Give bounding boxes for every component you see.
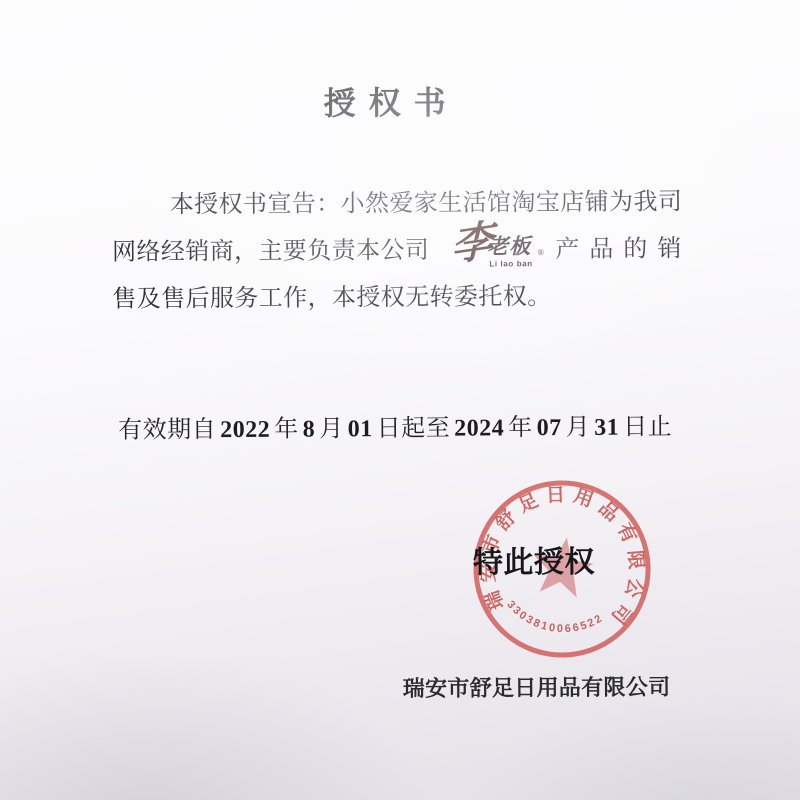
validity-middle: 日起至	[377, 416, 451, 442]
body-line-2-text: 网络经销商，主要负责本公司	[112, 238, 429, 266]
seal-serial-holder: 3303810066522	[501, 598, 607, 642]
body-line-2-tail: 产品的销	[555, 236, 691, 263]
body-line-3: 售及售后服务工作，本授权无转委托权。	[112, 273, 712, 324]
month-unit: 月	[319, 416, 344, 442]
month-unit: 月	[566, 415, 591, 441]
body-line-2: 网络经销商，主要负责本公司李老板®Li lao ban产品的销	[112, 226, 712, 277]
end-year: 2024	[450, 415, 508, 441]
document-title: 授权书	[0, 79, 784, 128]
body-paragraph: 本授权书宣告：小然爱家生活馆淘宝店铺为我司 网络经销商，主要负责本公司李老板®L…	[112, 179, 713, 324]
brand-logo: 李老板®Li lao ban	[451, 229, 553, 272]
body-line-1: 本授权书宣告：小然爱家生活馆淘宝店铺为我司	[112, 179, 712, 230]
end-day: 31	[590, 415, 623, 441]
hereby-authorized-text: 特此授权	[473, 546, 595, 581]
start-day: 01	[344, 416, 377, 442]
brand-romanized: Li lao ban	[489, 259, 532, 268]
validity-period: 有效期自2022年8月01日起至2024年07月31日止	[118, 404, 672, 454]
registered-trademark-icon: ®	[537, 229, 544, 276]
validity-suffix: 日止	[623, 414, 672, 440]
seal-serial-number: 3303810066522	[501, 598, 607, 642]
document-photo: 授权书 本授权书宣告：小然爱家生活馆淘宝店铺为我司 网络经销商，主要负责本公司李…	[0, 0, 800, 800]
start-year: 2022	[216, 417, 274, 443]
authorization-letter: 授权书 本授权书宣告：小然爱家生活馆淘宝店铺为我司 网络经销商，主要负责本公司李…	[0, 0, 800, 800]
issuer-company-name: 瑞安市舒足日用品有限公司	[403, 673, 671, 703]
start-month: 8	[299, 416, 320, 442]
brand-suffix: 老板	[487, 235, 531, 257]
validity-prefix: 有效期自	[118, 417, 216, 444]
end-month: 07	[533, 415, 566, 441]
year-unit: 年	[508, 415, 533, 441]
year-unit: 年	[274, 417, 299, 443]
